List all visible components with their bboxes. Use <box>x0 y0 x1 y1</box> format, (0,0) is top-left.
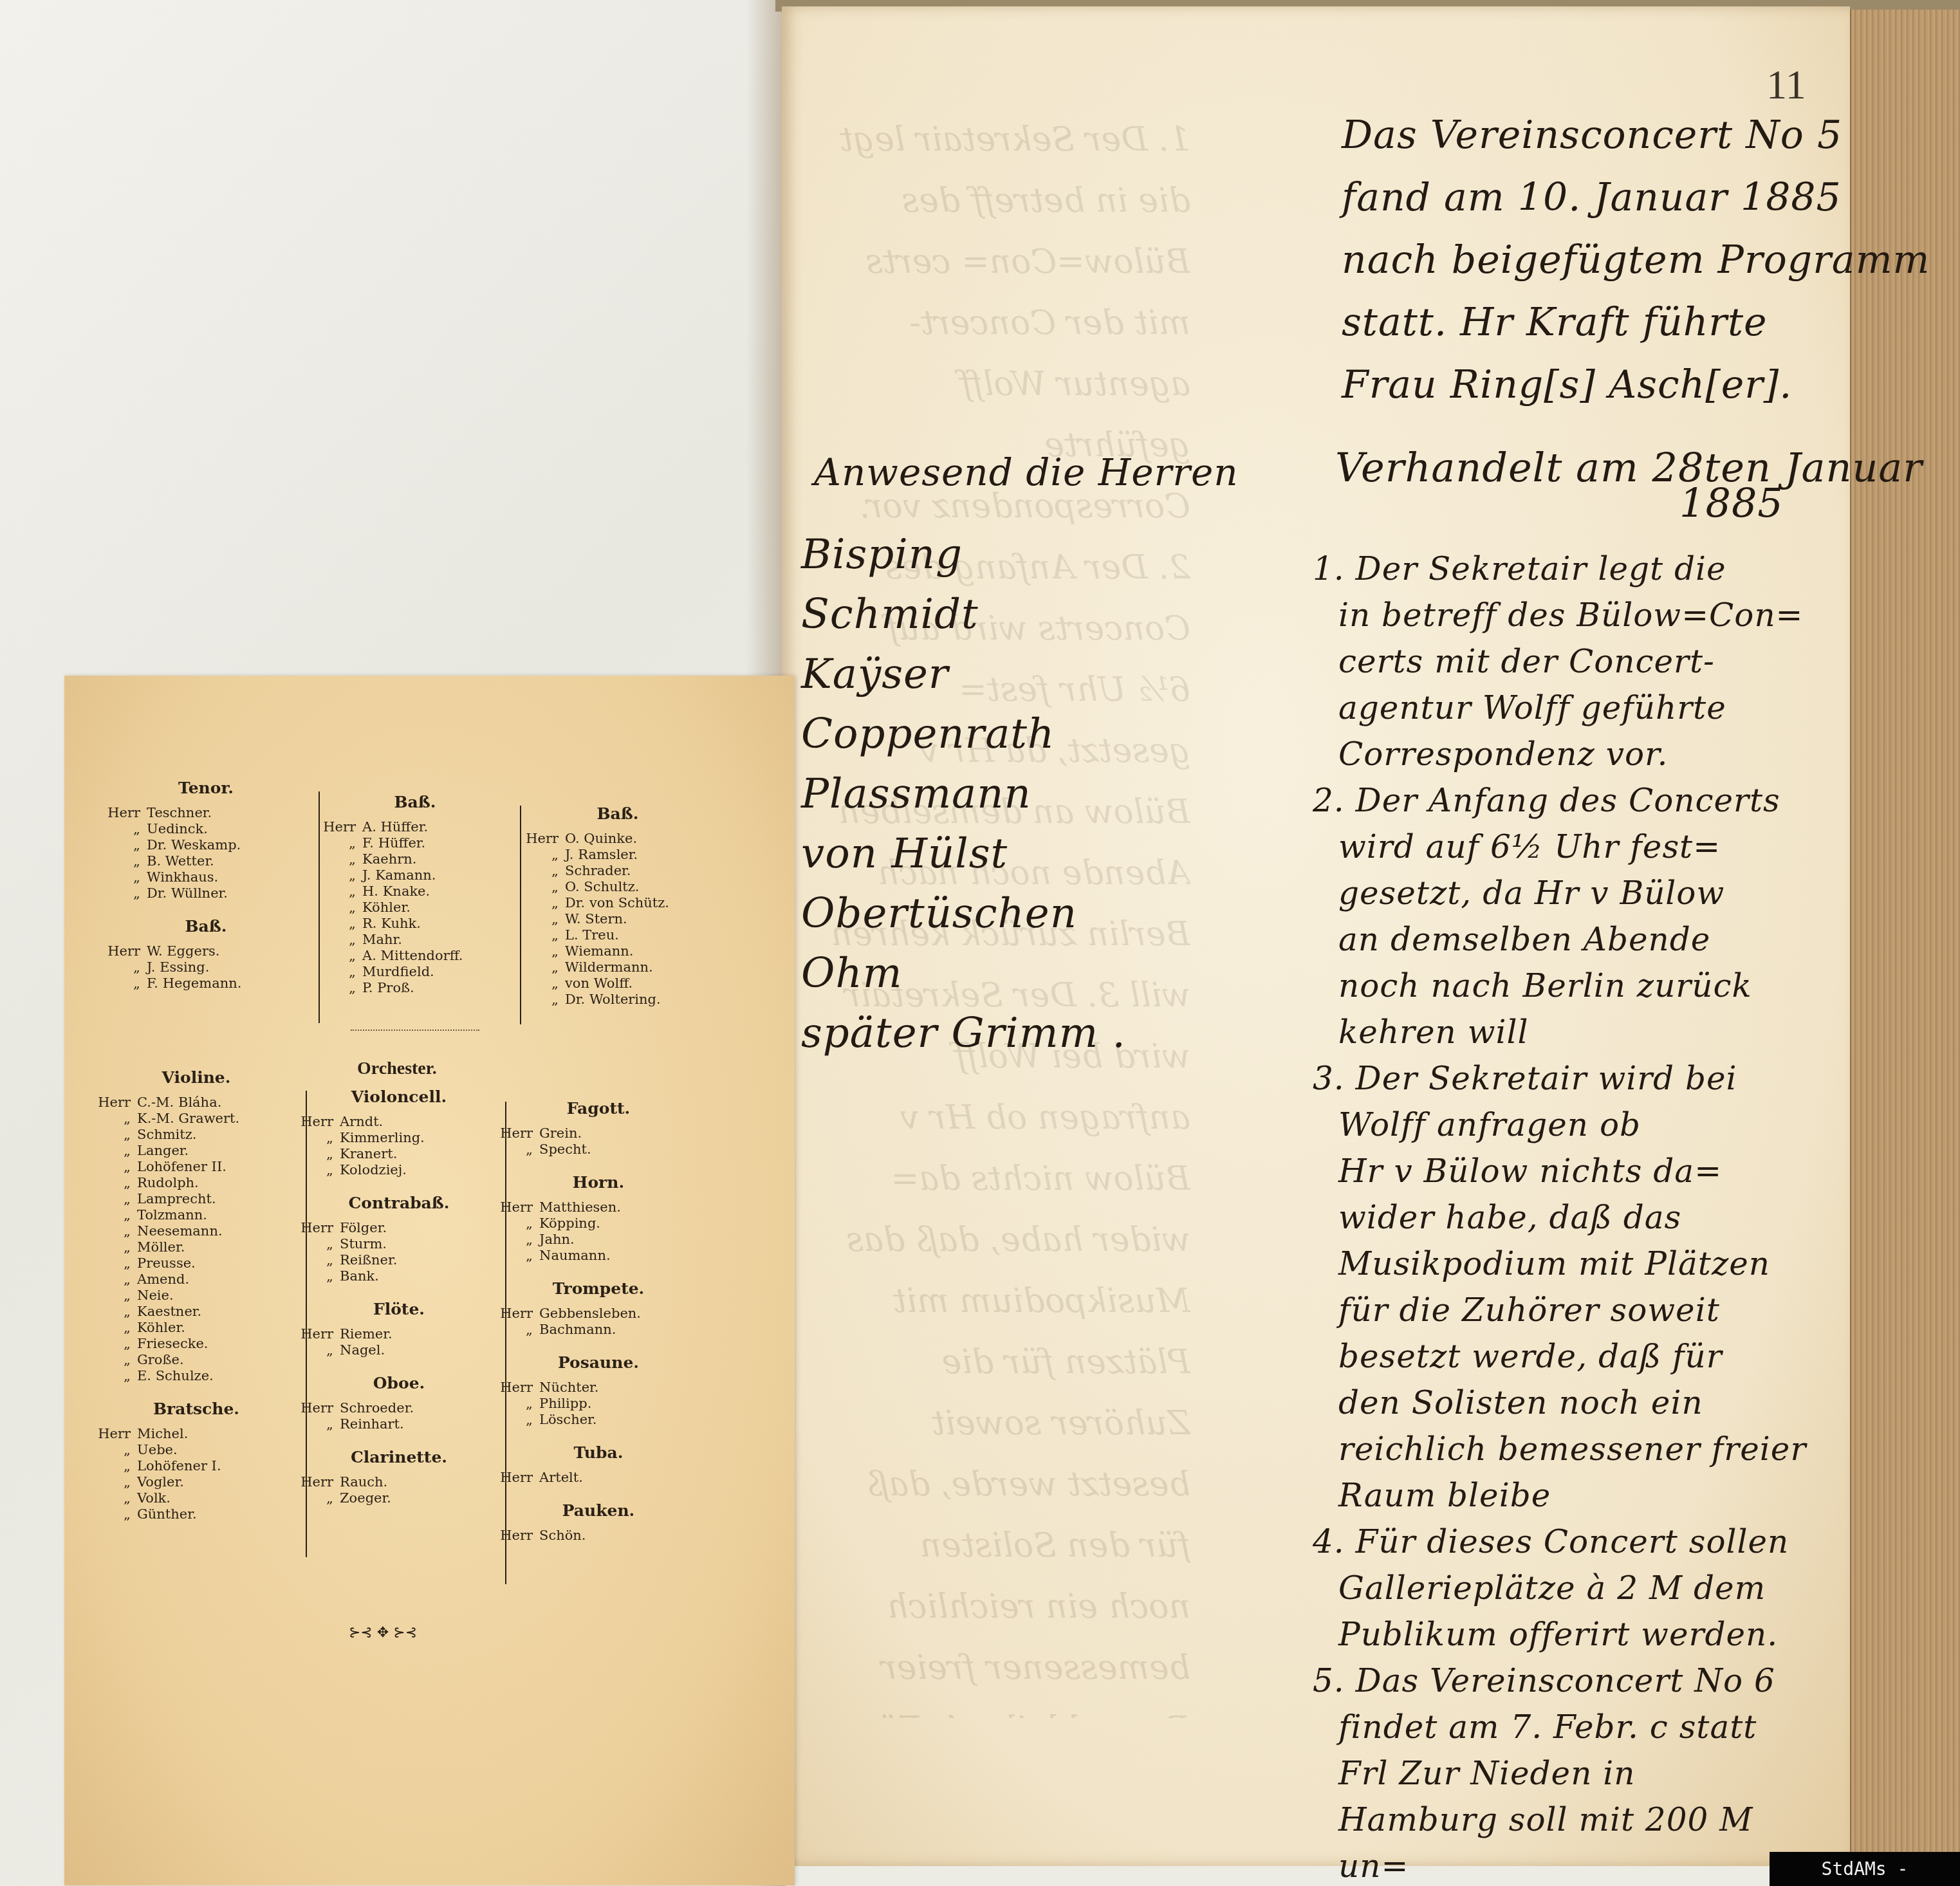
member-row: „Neesemann. <box>93 1223 299 1239</box>
member-row: „Rudolph. <box>93 1175 299 1191</box>
minutes-line: Gallerieplätze à 2 M dem <box>1338 1569 1766 1607</box>
member-name: Schroeder. <box>340 1400 414 1416</box>
member-row: „Uedinck. <box>103 821 309 837</box>
ditto-mark: „ <box>93 1490 131 1506</box>
attendee-name: Obertüschen <box>801 890 1077 938</box>
member-name: Gebbensleben. <box>539 1306 641 1321</box>
member-row: „Tolzmann. <box>93 1207 299 1223</box>
section-title: Contrabaß. <box>296 1194 502 1212</box>
meeting-heading: Verhandelt am 28ten Januar <box>1335 444 1923 491</box>
attendee-name: Coppenrath <box>801 710 1055 758</box>
member-name: Dr. Weskamp. <box>147 837 241 853</box>
ditto-mark: „ <box>93 1506 131 1522</box>
member-name: Philipp. <box>539 1396 591 1411</box>
member-name: W. Stern. <box>565 911 627 927</box>
herr-prefix: Herr <box>296 1474 333 1490</box>
member-name: Matthiesen. <box>539 1199 621 1215</box>
section-title: Posaune. <box>495 1353 701 1372</box>
archive-label: StdAMs - MV_004_017 <box>1770 1852 1960 1886</box>
member-row: „Köhler. <box>319 900 512 916</box>
minutes-item-start: 5. Das Vereinsconcert No 6 <box>1313 1662 1775 1699</box>
program-column: Violoncell.HerrArndt.„Kimmerling.„Kraner… <box>296 1087 502 1506</box>
minutes-line: den Solisten noch ein <box>1338 1384 1703 1421</box>
ditto-mark: „ <box>521 911 559 927</box>
member-name: O. Quinke. <box>565 831 637 846</box>
member-row: „von Wolff. <box>521 975 714 992</box>
minutes-line: findet am 7. Febr. c statt <box>1338 1708 1757 1746</box>
member-name: Arndt. <box>340 1114 383 1129</box>
ditto-mark: „ <box>319 867 356 883</box>
member-row: „Reinhart. <box>296 1416 502 1432</box>
ditto-mark: „ <box>93 1336 131 1352</box>
minutes-item-start: 2. Der Anfang des Concerts <box>1313 782 1780 819</box>
member-row: HerrRiemer. <box>296 1326 502 1342</box>
page-number: 11 <box>1766 61 1806 109</box>
herr-prefix: Herr <box>495 1470 533 1486</box>
ditto-mark: „ <box>495 1142 533 1158</box>
ditto-mark: „ <box>103 975 140 992</box>
section-title: Oboe. <box>296 1374 502 1392</box>
member-name: J. Kamann. <box>362 867 436 883</box>
ditto-mark: „ <box>93 1143 131 1159</box>
ditto-mark: „ <box>103 869 140 885</box>
member-row: „K.-M. Grawert. <box>93 1111 299 1127</box>
ditto-mark: „ <box>319 980 356 996</box>
attendee-name: Plassmann <box>801 770 1031 818</box>
member-row: „Mahr. <box>319 932 512 948</box>
member-row: „Wildermann. <box>521 959 714 975</box>
member-row: „R. Kuhk. <box>319 916 512 932</box>
member-row: HerrArtelt. <box>495 1470 701 1486</box>
ditto-mark: „ <box>495 1216 533 1232</box>
member-name: Schmitz. <box>137 1127 196 1142</box>
ditto-mark: „ <box>319 900 356 916</box>
minutes-line: wird auf 6½ Uhr fest= <box>1338 828 1721 865</box>
member-row: „Schmitz. <box>93 1127 299 1143</box>
section-title: Baß. <box>521 804 714 823</box>
member-row: „Dr. Weskamp. <box>103 837 309 853</box>
ditto-mark: „ <box>103 959 140 975</box>
member-name: Langer. <box>137 1143 189 1158</box>
column-rule <box>520 806 521 1024</box>
member-row: „Kaestner. <box>93 1304 299 1320</box>
member-row: HerrMichel. <box>93 1426 299 1442</box>
member-name: Michel. <box>137 1426 188 1441</box>
member-row: „Köhler. <box>93 1320 299 1336</box>
ditto-mark: „ <box>319 916 356 932</box>
program-column: Violine.HerrC.-M. Bláha.„K.-M. Grawert.„… <box>93 1068 299 1522</box>
ditto-mark: „ <box>93 1458 131 1474</box>
member-row: HerrGrein. <box>495 1125 701 1142</box>
member-name: Teschner. <box>147 805 212 820</box>
member-name: Reinhart. <box>340 1416 404 1432</box>
member-name: K.-M. Grawert. <box>137 1111 239 1126</box>
member-name: Neesemann. <box>137 1223 223 1239</box>
member-row: HerrFölger. <box>296 1220 502 1236</box>
section-title: Pauken. <box>495 1501 701 1520</box>
member-row: HerrO. Quinke. <box>521 831 714 847</box>
ditto-mark: „ <box>296 1342 333 1358</box>
member-name: Mahr. <box>362 932 402 947</box>
member-row: „Möller. <box>93 1239 299 1255</box>
program-column: Baß.HerrA. Hüffer.„F. Hüffer.„Kaehrn.„J.… <box>319 793 512 996</box>
section-title: Violoncell. <box>296 1087 502 1106</box>
section-title: Violine. <box>93 1068 299 1087</box>
member-name: Jahn. <box>539 1232 575 1247</box>
minutes-line: wider habe, daß das <box>1338 1199 1681 1236</box>
member-name: Kaehrn. <box>362 851 416 867</box>
herr-prefix: Herr <box>296 1400 333 1416</box>
ditto-mark: „ <box>296 1268 333 1284</box>
member-row: HerrNüchter. <box>495 1380 701 1396</box>
ditto-mark: „ <box>521 879 559 895</box>
ditto-mark: „ <box>93 1127 131 1143</box>
member-name: Kimmerling. <box>340 1130 425 1145</box>
ditto-mark: „ <box>93 1191 131 1207</box>
member-row: „Friesecke. <box>93 1336 299 1352</box>
program-column: Baß.HerrO. Quinke.„J. Ramsler.„Schrader.… <box>521 804 714 1008</box>
member-name: von Wolff. <box>565 975 633 991</box>
member-row: „J. Kamann. <box>319 867 512 883</box>
member-name: Murdfield. <box>362 964 434 979</box>
member-row: HerrTeschner. <box>103 805 309 821</box>
ornament-divider: ⊱⊰ ✥ ⊱⊰ <box>302 1625 463 1641</box>
ditto-mark: „ <box>93 1271 131 1288</box>
member-name: R. Kuhk. <box>362 916 421 931</box>
ditto-mark: „ <box>521 992 559 1008</box>
member-row: „Kaehrn. <box>319 851 512 867</box>
ditto-mark: „ <box>495 1322 533 1338</box>
member-row: HerrA. Hüffer. <box>319 819 512 835</box>
member-name: Winkhaus. <box>147 869 218 885</box>
member-name: Dr. Wüllner. <box>147 885 228 901</box>
minutes-line: kehren will <box>1338 1013 1528 1051</box>
column-rule <box>505 1102 506 1584</box>
member-row: „Löscher. <box>495 1412 701 1428</box>
member-row: „Kranert. <box>296 1146 502 1162</box>
member-name: Köpping. <box>539 1216 600 1231</box>
member-name: Lohöfener I. <box>137 1458 221 1474</box>
herr-prefix: Herr <box>521 831 559 847</box>
member-name: Naumann. <box>539 1248 611 1263</box>
ditto-mark: „ <box>521 927 559 943</box>
member-row: „H. Knake. <box>319 883 512 900</box>
herr-prefix: Herr <box>93 1095 131 1111</box>
member-name: Riemer. <box>340 1326 393 1342</box>
member-name: Lamprecht. <box>137 1191 216 1206</box>
member-name: Neie. <box>137 1288 174 1303</box>
member-name: Möller. <box>137 1239 185 1255</box>
attendee-name: später Grimm . <box>801 1010 1126 1057</box>
herr-prefix: Herr <box>495 1306 533 1322</box>
minutes-line: Publikum offerirt werden. <box>1338 1616 1778 1653</box>
member-name: Specht. <box>539 1142 591 1157</box>
ditto-mark: „ <box>319 932 356 948</box>
member-name: Nagel. <box>340 1342 385 1358</box>
member-row: „Nagel. <box>296 1342 502 1358</box>
ditto-mark: „ <box>93 1288 131 1304</box>
member-name: Schön. <box>539 1528 586 1543</box>
member-row: „Lohöfener II. <box>93 1159 299 1175</box>
minutes-line: Correspondenz vor. <box>1338 735 1668 773</box>
member-name: F. Hüffer. <box>362 835 425 851</box>
intro-line: nach beigefügtem Programm <box>1342 237 1930 282</box>
member-row: „Schrader. <box>521 863 714 879</box>
member-row: „B. Wetter. <box>103 853 309 869</box>
ditto-mark: „ <box>296 1146 333 1162</box>
member-name: Volk. <box>137 1490 171 1506</box>
section-title: Bratsche. <box>93 1400 299 1418</box>
member-row: „J. Essing. <box>103 959 309 975</box>
member-name: Sturm. <box>340 1236 387 1252</box>
minutes-line: certs mit der Concert- <box>1338 643 1715 680</box>
minutes-line: Frl Zur Nieden in <box>1338 1755 1635 1792</box>
member-name: J. Essing. <box>147 959 209 975</box>
book-fore-edge <box>1850 10 1960 1863</box>
member-row: „Große. <box>93 1352 299 1368</box>
program-column: Tenor.HerrTeschner.„Uedinck.„Dr. Weskamp… <box>103 779 309 992</box>
ditto-mark: „ <box>521 943 559 959</box>
member-row: „Volk. <box>93 1490 299 1506</box>
section-title: Baß. <box>319 793 512 811</box>
member-name: H. Knake. <box>362 883 430 899</box>
member-name: E. Schulze. <box>137 1368 214 1383</box>
ditto-mark: „ <box>495 1412 533 1428</box>
ditto-mark: „ <box>296 1162 333 1178</box>
ditto-mark: „ <box>319 964 356 980</box>
intro-line: Frau Ring[s] Asch[er]. <box>1342 362 1792 407</box>
minutes-line: reichlich bemessener freier <box>1338 1430 1806 1468</box>
member-row: „Bank. <box>296 1268 502 1284</box>
member-row: „F. Hüffer. <box>319 835 512 851</box>
minutes-line: in betreff des Bülow=Con= <box>1338 596 1804 634</box>
minutes-line: Raum bleibe <box>1338 1477 1551 1514</box>
member-row: HerrW. Eggers. <box>103 943 309 959</box>
member-row: HerrRauch. <box>296 1474 502 1490</box>
member-row: „O. Schultz. <box>521 879 714 895</box>
minutes-item-start: 1. Der Sekretair legt die <box>1313 550 1726 587</box>
member-row: „Murdfield. <box>319 964 512 980</box>
member-name: Günther. <box>137 1506 197 1522</box>
attendee-name: Kaÿser <box>801 651 948 698</box>
ditto-mark: „ <box>93 1175 131 1191</box>
ditto-mark: „ <box>521 847 559 863</box>
ditto-mark: „ <box>319 851 356 867</box>
section-title: Flöte. <box>296 1300 502 1318</box>
member-name: Köhler. <box>362 900 411 915</box>
section-title: Baß. <box>103 917 309 936</box>
minutes-line: Hr v Bülow nichts da= <box>1338 1152 1722 1190</box>
ditto-mark: „ <box>103 885 140 901</box>
member-row: „F. Hegemann. <box>103 975 309 992</box>
ditto-mark: „ <box>93 1320 131 1336</box>
member-row: „Specht. <box>495 1142 701 1158</box>
member-name: B. Wetter. <box>147 853 214 869</box>
member-row: „Dr. Woltering. <box>521 992 714 1008</box>
member-row: „Dr. Wüllner. <box>103 885 309 901</box>
ditto-mark: „ <box>93 1223 131 1239</box>
herr-prefix: Herr <box>296 1114 333 1130</box>
member-name: Uedinck. <box>147 821 208 837</box>
ditto-mark: „ <box>93 1304 131 1320</box>
divider-line <box>351 1024 479 1031</box>
member-name: Köhler. <box>137 1320 185 1335</box>
attendee-name: Bisping <box>801 531 963 578</box>
herr-prefix: Herr <box>495 1528 533 1544</box>
member-row: „Lohöfener I. <box>93 1458 299 1474</box>
member-name: Rudolph. <box>137 1175 199 1190</box>
minutes-line: agentur Wolff geführte <box>1338 689 1726 726</box>
member-name: Uebe. <box>137 1442 178 1457</box>
herr-prefix: Herr <box>93 1426 131 1442</box>
member-name: Friesecke. <box>137 1336 208 1351</box>
ditto-mark: „ <box>296 1252 333 1268</box>
member-name: Amend. <box>137 1271 189 1287</box>
ditto-mark: „ <box>296 1416 333 1432</box>
minutes-line: Hamburg soll mit 200 M <box>1338 1801 1753 1838</box>
minutes-line: an demselben Abende <box>1338 921 1710 958</box>
herr-prefix: Herr <box>495 1199 533 1216</box>
member-row: HerrGebbensleben. <box>495 1306 701 1322</box>
member-name: Kaestner. <box>137 1304 201 1319</box>
herr-prefix: Herr <box>296 1220 333 1236</box>
ditto-mark: „ <box>521 863 559 879</box>
member-name: Grein. <box>539 1125 582 1141</box>
minutes-line: Musikpodium mit Plätzen <box>1338 1245 1770 1282</box>
herr-prefix: Herr <box>495 1125 533 1142</box>
member-name: C.-M. Bláha. <box>137 1095 221 1110</box>
column-rule <box>319 791 320 1023</box>
ditto-mark: „ <box>93 1239 131 1255</box>
member-name: Kranert. <box>340 1146 397 1161</box>
member-name: Rauch. <box>340 1474 387 1490</box>
meeting-year: 1885 <box>1679 479 1784 526</box>
member-row: „Köpping. <box>495 1216 701 1232</box>
ditto-mark: „ <box>296 1130 333 1146</box>
orchestra-heading: Orchester. <box>357 1059 437 1079</box>
minutes-item-start: 4. Für dieses Concert sollen <box>1313 1523 1789 1560</box>
program-column: Fagott.HerrGrein.„Specht.Horn.HerrMatthi… <box>495 1099 701 1544</box>
member-row: „P. Proß. <box>319 980 512 996</box>
ditto-mark: „ <box>495 1232 533 1248</box>
member-row: „Amend. <box>93 1271 299 1288</box>
member-row: HerrSchroeder. <box>296 1400 502 1416</box>
ditto-mark: „ <box>93 1368 131 1384</box>
member-name: L. Treu. <box>565 927 619 943</box>
member-row: „E. Schulze. <box>93 1368 299 1384</box>
member-row: „Lamprecht. <box>93 1191 299 1207</box>
herr-prefix: Herr <box>495 1380 533 1396</box>
member-row: „Langer. <box>93 1143 299 1159</box>
ditto-mark: „ <box>103 821 140 837</box>
member-row: „L. Treu. <box>521 927 714 943</box>
member-row: „A. Mittendorff. <box>319 948 512 964</box>
member-name: Schrader. <box>565 863 631 878</box>
section-title: Clarinette. <box>296 1448 502 1466</box>
minutes-item-start: 3. Der Sekretair wird bei <box>1313 1060 1737 1097</box>
member-name: Vogler. <box>137 1474 184 1490</box>
section-title: Trompete. <box>495 1279 701 1298</box>
member-name: Dr. Woltering. <box>565 992 661 1007</box>
member-name: Artelt. <box>539 1470 583 1485</box>
member-row: „Reißner. <box>296 1252 502 1268</box>
herr-prefix: Herr <box>103 805 140 821</box>
member-name: Bank. <box>340 1268 379 1284</box>
member-row: „Kimmerling. <box>296 1130 502 1146</box>
member-name: Zoeger. <box>340 1490 391 1506</box>
herr-prefix: Herr <box>103 943 140 959</box>
member-name: Wildermann. <box>565 959 653 975</box>
member-row: „J. Ramsler. <box>521 847 714 863</box>
intro-line: fand am 10. Januar 1885 <box>1342 175 1842 220</box>
section-title: Tenor. <box>103 779 309 797</box>
member-row: „Preusse. <box>93 1255 299 1271</box>
ditto-mark: „ <box>521 975 559 992</box>
member-row: HerrSchön. <box>495 1528 701 1544</box>
section-title: Horn. <box>495 1173 701 1192</box>
minutes-line: Wolff anfragen ob <box>1338 1106 1641 1143</box>
member-name: P. Proß. <box>362 980 414 995</box>
member-row: „Vogler. <box>93 1474 299 1490</box>
member-name: Lohöfener II. <box>137 1159 227 1174</box>
minutes-line: besetzt werde, daß für <box>1338 1338 1723 1375</box>
member-name: Reißner. <box>340 1252 397 1268</box>
member-name: A. Mittendorff. <box>362 948 463 963</box>
member-row: „Dr. von Schütz. <box>521 895 714 911</box>
ditto-mark: „ <box>93 1442 131 1458</box>
ditto-mark: „ <box>521 959 559 975</box>
intro-line: Das Vereinsconcert No 5 <box>1342 113 1842 158</box>
member-row: „Bachmann. <box>495 1322 701 1338</box>
member-name: Preusse. <box>137 1255 196 1271</box>
ditto-mark: „ <box>495 1396 533 1412</box>
member-row: „Winkhaus. <box>103 869 309 885</box>
member-name: Kolodziej. <box>340 1162 407 1178</box>
member-row: HerrArndt. <box>296 1114 502 1130</box>
minutes-line: noch nach Berlin zurück <box>1338 967 1752 1004</box>
member-row: „Kolodziej. <box>296 1162 502 1178</box>
member-row: „Neie. <box>93 1288 299 1304</box>
ditto-mark: „ <box>103 853 140 869</box>
attendee-name: Ohm <box>801 950 902 997</box>
member-name: Dr. von Schütz. <box>565 895 669 911</box>
ditto-mark: „ <box>319 948 356 964</box>
member-name: Löscher. <box>539 1412 597 1427</box>
member-name: J. Ramsler. <box>565 847 638 862</box>
ditto-mark: „ <box>93 1111 131 1127</box>
member-row: HerrMatthiesen. <box>495 1199 701 1216</box>
member-row: „Zoeger. <box>296 1490 502 1506</box>
member-name: Nüchter. <box>539 1380 598 1395</box>
member-row: „Naumann. <box>495 1248 701 1264</box>
member-name: Tolzmann. <box>137 1207 207 1223</box>
ditto-mark: „ <box>93 1474 131 1490</box>
ditto-mark: „ <box>296 1236 333 1252</box>
member-name: Fölger. <box>340 1220 387 1235</box>
member-name: Wiemann. <box>565 943 634 959</box>
ditto-mark: „ <box>93 1207 131 1223</box>
ditto-mark: „ <box>93 1159 131 1175</box>
ditto-mark: „ <box>319 883 356 900</box>
column-rule <box>306 1091 307 1557</box>
intro-line: statt. Hr Kraft führte <box>1342 300 1768 345</box>
ditto-mark: „ <box>521 895 559 911</box>
minutes-line: un= <box>1338 1847 1409 1885</box>
member-name: Große. <box>137 1352 184 1367</box>
member-row: „Jahn. <box>495 1232 701 1248</box>
ditto-mark: „ <box>319 835 356 851</box>
ditto-mark: „ <box>495 1248 533 1264</box>
